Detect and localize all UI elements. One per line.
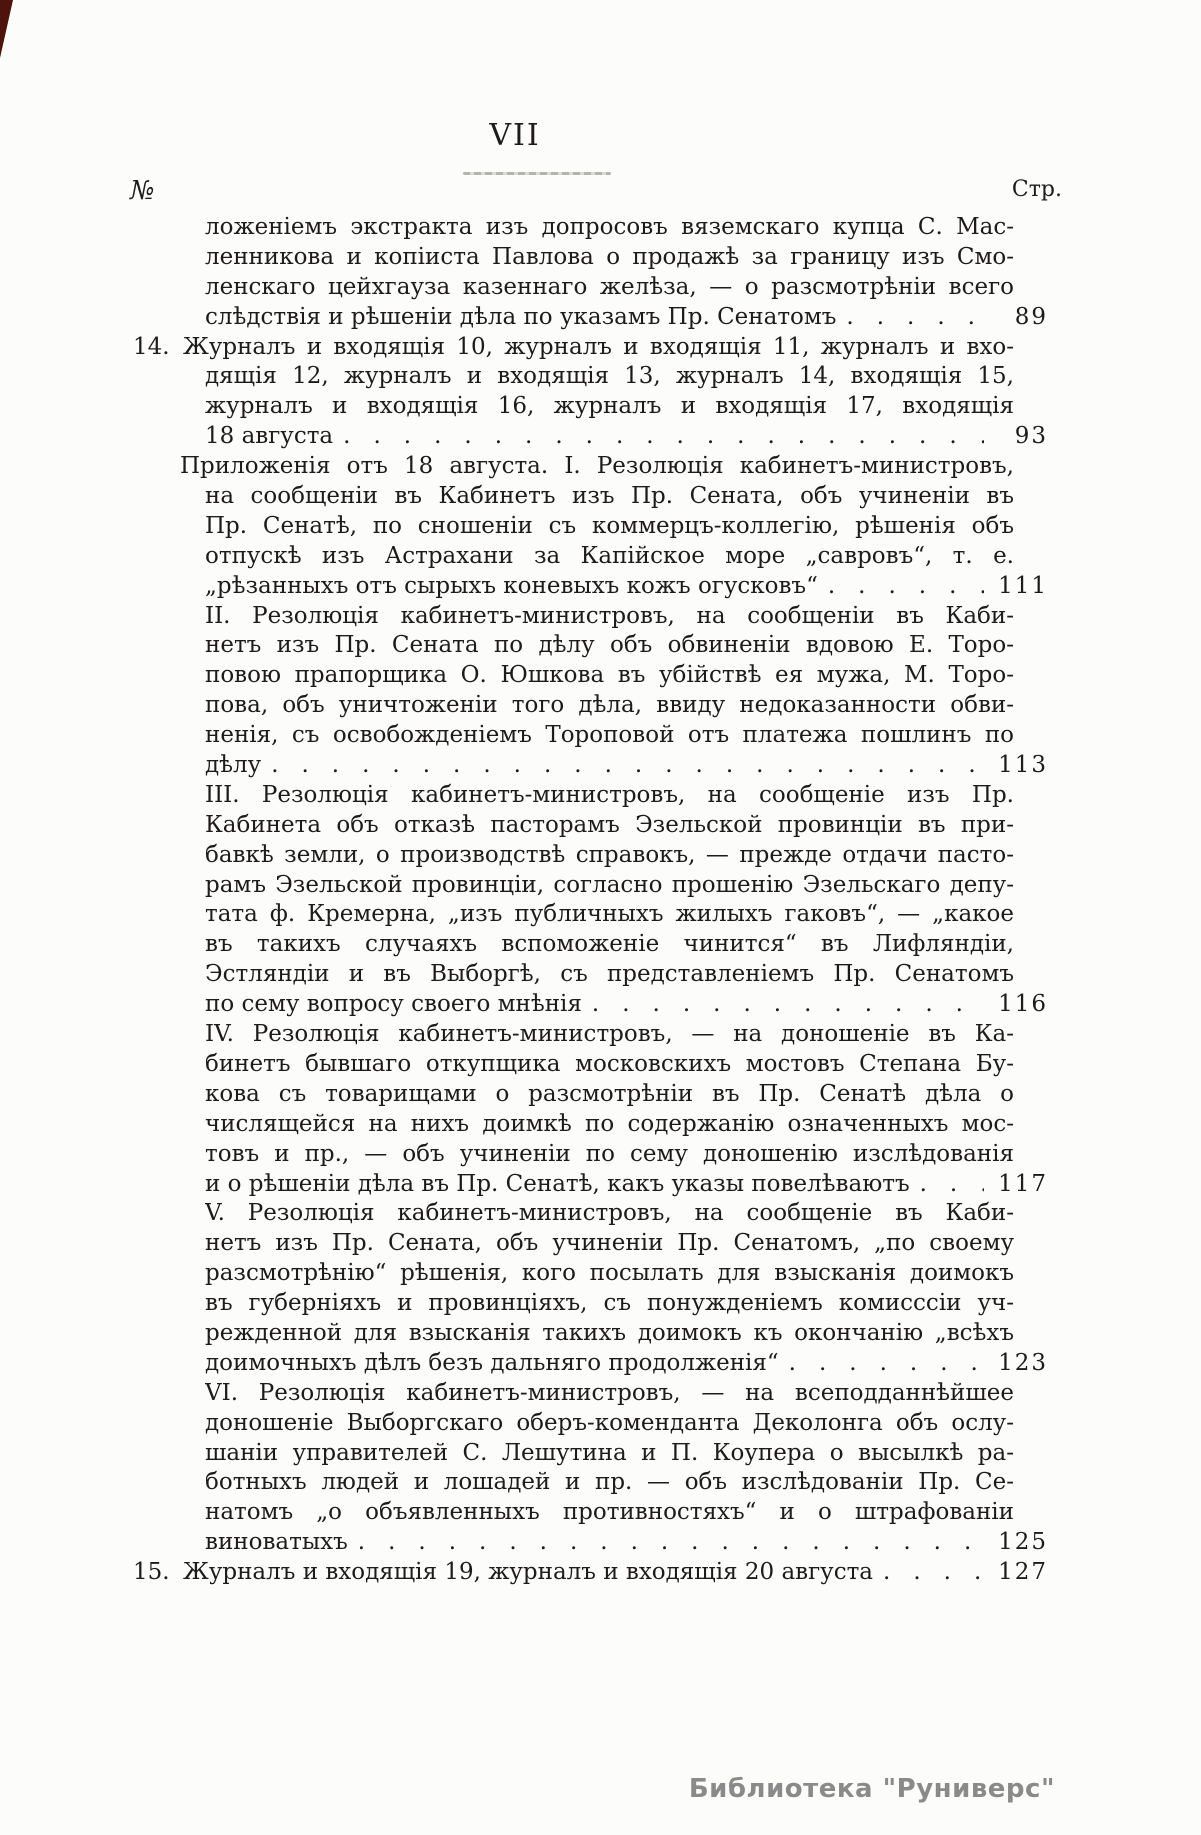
dot-leader: . . . . . . . . . . . . . . . . . . . . … (343, 422, 984, 452)
toc-line: бинетъ бывшаго откупщика московскихъ мос… (133, 1050, 1048, 1080)
entry-text: кова съ товарищами о разсмотрѣніи въ Пр.… (205, 1080, 1014, 1110)
toc-line: 18 августа. . . . . . . . . . . . . . . … (133, 422, 1048, 452)
toc-line: кова съ товарищами о разсмотрѣніи въ Пр.… (133, 1080, 1048, 1110)
dot-leader: . . . . . . . . . . . . . . . . . . . . … (920, 1170, 984, 1200)
page-number: 93 (998, 422, 1048, 452)
entry-text: нетъ изъ Пр. Сената, объ учиненіи Пр. Се… (205, 1229, 1014, 1259)
toc-line: отпускѣ изъ Астрахани за Капійское море … (133, 542, 1048, 572)
toc-line: VI. Резолюція кабинетъ-министровъ, — на … (133, 1379, 1048, 1409)
toc-line: режденной для взысканія такихъ доимокъ к… (133, 1319, 1048, 1349)
library-watermark: Библиотека "Руниверс" (689, 1774, 1055, 1804)
entry-text: дящія 12, журналъ и входящія 13, журналъ… (205, 362, 1014, 392)
entry-text: ненія, съ освобожденіемъ Тороповой отъ п… (205, 721, 1014, 751)
toc-line: IV. Резолюція кабинетъ-министровъ, — на … (133, 1020, 1048, 1050)
entry-text: доношеніе Выборгскаго оберъ-коменданта Д… (205, 1409, 1014, 1439)
toc-line: ненія, съ освобожденіемъ Тороповой отъ п… (133, 721, 1048, 751)
dot-leader: . . . . . . . . . . . . . . . . . . . . … (828, 572, 984, 602)
toc-line: V. Резолюція кабинетъ-министровъ, на соо… (133, 1199, 1048, 1229)
toc-line: Пр. Сенатѣ, по сношеніи съ коммерцъ-колл… (133, 512, 1048, 542)
toc-line: 14.Журналъ и входящія 10, журналъ и вход… (133, 333, 1048, 363)
toc-line: Кабинета объ отказѣ пасторамъ Эзельской … (133, 811, 1048, 841)
entry-text: Пр. Сенатѣ, по сношеніи съ коммерцъ-колл… (205, 512, 1014, 542)
entry-text: виноватыхъ (205, 1528, 348, 1558)
page-number: 117 (998, 1170, 1048, 1200)
entry-number: 14. (133, 333, 183, 363)
entry-text: V. Резолюція кабинетъ-министровъ, на соо… (205, 1199, 1014, 1229)
entry-text: ленникова и копіиста Павлова о продажѣ з… (205, 243, 1014, 273)
entry-text: отпускѣ изъ Астрахани за Капійское море … (205, 542, 1014, 572)
toc-line: доимочныхъ дѣлъ безъ дальняго продолжені… (133, 1349, 1048, 1379)
entry-text: Эстляндіи и въ Выборгѣ, съ представленіе… (205, 960, 1014, 990)
dot-leader: . . . . . . . . . . . . . . . . . . . . … (271, 751, 984, 781)
toc-line: въ такихъ случаяхъ вспоможеніе чинится“ … (133, 930, 1048, 960)
toc-line: нетъ изъ Пр. Сената, объ учиненіи Пр. Се… (133, 1229, 1048, 1259)
entry-text: и о рѣшеніи дѣла въ Пр. Сенатѣ, какъ ука… (205, 1170, 910, 1200)
entry-text: въ губерніяхъ и провинціяхъ, съ понужден… (205, 1289, 1014, 1319)
entry-text: повою прапорщика О. Юшкова въ убійствѣ е… (205, 661, 1014, 691)
toc-line: ложеніемъ экстракта изъ допросовъ вяземс… (133, 213, 1048, 243)
toc-line: 15.Журналъ и входящія 19, журналъ и вход… (133, 1558, 1048, 1588)
entry-text: режденной для взысканія такихъ доимокъ к… (205, 1319, 1014, 1349)
toc-line: доношеніе Выборгскаго оберъ-коменданта Д… (133, 1409, 1048, 1439)
folio-underline-rule (463, 172, 611, 175)
entry-text: II. Резолюція кабинетъ-министровъ, на со… (205, 602, 1014, 632)
entry-text: въ такихъ случаяхъ вспоможеніе чинится“ … (205, 930, 1014, 960)
toc-line: ленскаго цейхгауза казеннаго желѣза, — о… (133, 273, 1048, 303)
toc-line: виноватыхъ. . . . . . . . . . . . . . . … (133, 1528, 1048, 1558)
entry-text: на сообщеніи въ Кабинетъ изъ Пр. Сената,… (205, 482, 1014, 512)
entry-text: 18 августа (205, 422, 333, 452)
entry-text: слѣдствія и рѣшеніи дѣла по указамъ Пр. … (205, 303, 836, 333)
numero-column-label: № (130, 176, 155, 206)
entry-text: бинетъ бывшаго откупщика московскихъ мос… (205, 1050, 1014, 1080)
toc-line: разсмотрѣнію“ рѣшенія, кого посылать для… (133, 1259, 1048, 1289)
entry-text: IV. Резолюція кабинетъ-министровъ, — на … (205, 1020, 1014, 1050)
entry-text: натомъ „о объявленныхъ противностяхъ“ и … (205, 1498, 1014, 1528)
toc-line: дящія 12, журналъ и входящія 13, журналъ… (133, 362, 1048, 392)
entry-text: ботныхъ людей и лошадей и пр. — объ изсл… (205, 1468, 1014, 1498)
entry-number: 15. (133, 1558, 183, 1588)
page-number: 111 (998, 572, 1048, 602)
entry-text: бавкѣ земли, о производствѣ справокъ, — … (205, 841, 1014, 871)
entry-text: пова, объ уничтоженіи того дѣла, ввиду н… (205, 691, 1014, 721)
entry-text: III. Резолюція кабинетъ-министровъ, на с… (205, 781, 1014, 811)
toc-lines-container: ложеніемъ экстракта изъ допросовъ вяземс… (133, 213, 1048, 1588)
toc-line: на сообщеніи въ Кабинетъ изъ Пр. Сената,… (133, 482, 1048, 512)
toc-line: пова, объ уничтоженіи того дѣла, ввиду н… (133, 691, 1048, 721)
toc-line: слѣдствія и рѣшеніи дѣла по указамъ Пр. … (133, 303, 1048, 333)
toc-line: Эстляндіи и въ Выборгѣ, съ представленіе… (133, 960, 1048, 990)
toc-line: бавкѣ земли, о производствѣ справокъ, — … (133, 841, 1048, 871)
toc-line: нетъ изъ Пр. Сената по дѣлу объ обвинені… (133, 631, 1048, 661)
entry-text: нетъ изъ Пр. Сената по дѣлу объ обвинені… (205, 631, 1014, 661)
toc-line: числящейся на нихъ доимкѣ по содержанію … (133, 1110, 1048, 1140)
toc-line: по сему вопросу своего мнѣнія. . . . . .… (133, 990, 1048, 1020)
entry-text: разсмотрѣнію“ рѣшенія, кого посылать для… (205, 1259, 1014, 1289)
toc-line: III. Резолюція кабинетъ-министровъ, на с… (133, 781, 1048, 811)
entry-text: Журналъ и входящія 10, журналъ и входящі… (183, 333, 1014, 363)
entry-text: числящейся на нихъ доимкѣ по содержанію … (205, 1110, 1014, 1140)
entry-text: тата ф. Кремерна, „изъ публичныхъ жилыхъ… (205, 900, 1014, 930)
entry-text: шаніи управителей С. Лешутина и П. Коупе… (205, 1439, 1014, 1469)
toc-line: и о рѣшеніи дѣла въ Пр. Сенатѣ, какъ ука… (133, 1170, 1048, 1200)
entry-text: по сему вопросу своего мнѣнія (205, 990, 582, 1020)
page-number: 89 (998, 303, 1048, 333)
page-number: 113 (998, 751, 1048, 781)
dot-leader: . . . . . . . . . . . . . . . . . . . . … (358, 1528, 984, 1558)
entry-text: ложеніемъ экстракта изъ допросовъ вяземс… (205, 213, 1014, 243)
page-column-label: Стр. (970, 177, 1062, 202)
toc-line: ленникова и копіиста Павлова о продажѣ з… (133, 243, 1048, 273)
toc-line: дѣлу. . . . . . . . . . . . . . . . . . … (133, 751, 1048, 781)
toc-line: шаніи управителей С. Лешутина и П. Коупе… (133, 1439, 1048, 1469)
scan-artifact-corner (0, 0, 13, 58)
toc-line: журналъ и входящія 16, журналъ и входящі… (133, 392, 1048, 422)
toc-line: товъ и пр., — объ учиненіи по сему донош… (133, 1140, 1048, 1170)
entry-text: Журналъ и входящія 19, журналъ и входящі… (183, 1558, 873, 1588)
folio-roman-numeral: VII (440, 118, 590, 153)
toc-line: Приложенія отъ 18 августа. I. Резолюція … (133, 452, 1048, 482)
entry-text: рамъ Эзельской провинціи, согласно проше… (205, 871, 1014, 901)
dot-leader: . . . . . . . . . . . . . . . . . . . . … (883, 1558, 984, 1588)
entry-text: доимочныхъ дѣлъ безъ дальняго продолжені… (205, 1349, 779, 1379)
entry-text: журналъ и входящія 16, журналъ и входящі… (205, 392, 1014, 422)
entry-text: ленскаго цейхгауза казеннаго желѣза, — о… (205, 273, 1014, 303)
page-number: 127 (998, 1558, 1048, 1588)
dot-leader: . . . . . . . . . . . . . . . . . . . . … (846, 303, 984, 333)
toc-line: тата ф. Кремерна, „изъ публичныхъ жилыхъ… (133, 900, 1048, 930)
dot-leader: . . . . . . . . . . . . . . . . . . . . … (789, 1349, 984, 1379)
toc-line: II. Резолюція кабинетъ-министровъ, на со… (133, 602, 1048, 632)
toc-line: „рѣзанныхъ отъ сырыхъ коневыхъ кожъ огус… (133, 572, 1048, 602)
page-number: 125 (998, 1528, 1048, 1558)
entry-text: VI. Резолюція кабинетъ-министровъ, — на … (205, 1379, 1014, 1409)
entry-text: товъ и пр., — объ учиненіи по сему донош… (205, 1140, 1014, 1170)
toc-line: повою прапорщика О. Юшкова въ убійствѣ е… (133, 661, 1048, 691)
page-number: 123 (998, 1349, 1048, 1379)
scanned-book-page: VII № Стр. ложеніемъ экстракта изъ допро… (0, 0, 1201, 1835)
toc-line: натомъ „о объявленныхъ противностяхъ“ и … (133, 1498, 1048, 1528)
toc-line: рамъ Эзельской провинціи, согласно проше… (133, 871, 1048, 901)
entry-text: Приложенія отъ 18 августа. I. Резолюція … (180, 452, 1014, 482)
dot-leader: . . . . . . . . . . . . . . . . . . . . … (592, 990, 984, 1020)
page-number: 116 (998, 990, 1048, 1020)
entry-text: „рѣзанныхъ отъ сырыхъ коневыхъ кожъ огус… (205, 572, 818, 602)
entry-text: дѣлу (205, 751, 261, 781)
toc-line: въ губерніяхъ и провинціяхъ, съ понужден… (133, 1289, 1048, 1319)
toc-line: ботныхъ людей и лошадей и пр. — объ изсл… (133, 1468, 1048, 1498)
entry-text: Кабинета объ отказѣ пасторамъ Эзельской … (205, 811, 1014, 841)
